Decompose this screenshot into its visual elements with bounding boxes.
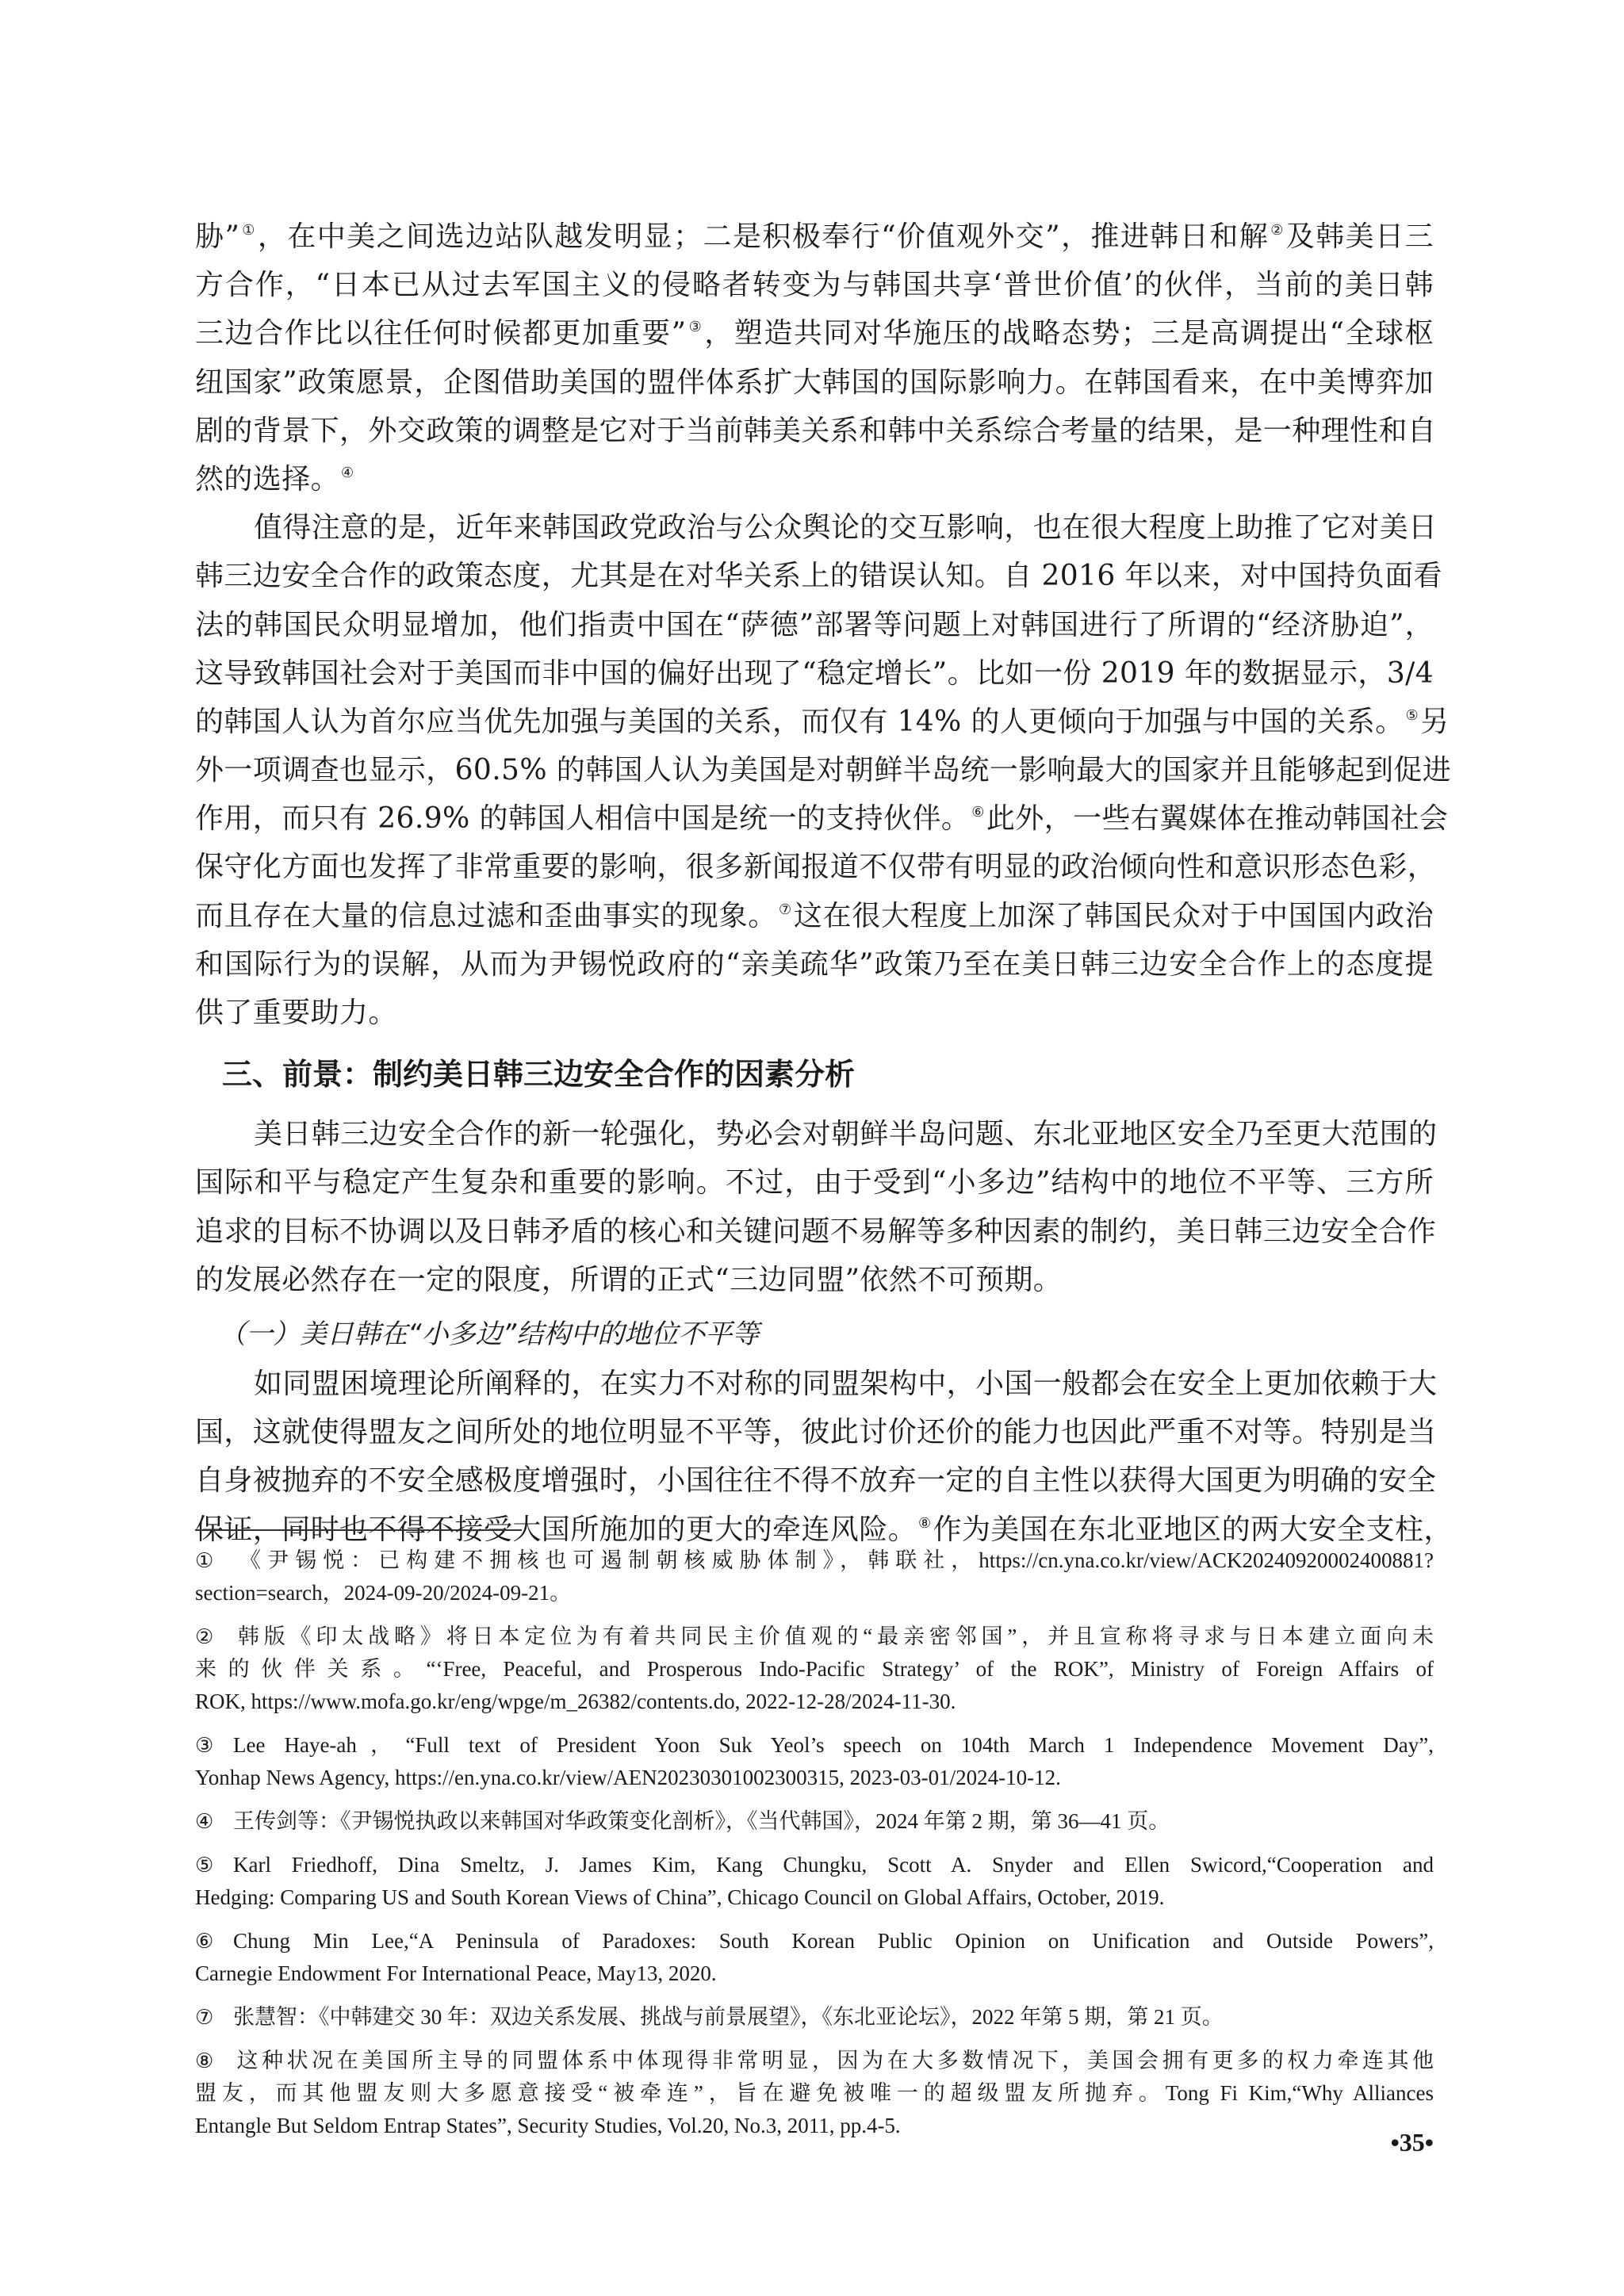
footnote-6: ⑥Chung Min Lee,“A Peninsula of Paradoxes… — [195, 1925, 1434, 1990]
text-line: 的发展必然存在一定的限度，所谓的正式“三边同盟”依然不可预期。 — [195, 1256, 1434, 1304]
page-number: •35• — [1370, 2128, 1434, 2157]
footnotes-section: ①《尹锡悦：已构建不拥核也可遏制朝核威胁体制》，韩联社，https://cn.y… — [195, 1544, 1434, 2153]
footnote-5: ⑤Karl Friedhoff, Dina Smeltz, J. James K… — [195, 1849, 1434, 1914]
text-line: 国际和平与稳定产生复杂和重要的影响。不过，由于受到“小多边”结构中的地位不平等、… — [195, 1158, 1434, 1207]
text-line: 作用，而只有 26.9% 的韩国人相信中国是统一的支持伙伴。⑥此外，一些右翼媒体… — [195, 794, 1434, 843]
text-line: 的韩国人认为首尔应当优先加强与美国的关系，而仅有 14% 的人更倾向于加强与中国… — [195, 698, 1434, 746]
footnote-divider — [195, 1529, 522, 1531]
text-line: 和国际行为的误解，从而为尹锡悦政府的“亲美疏华”政策乃至在美日韩三边安全合作上的… — [195, 940, 1434, 989]
footnote-number: ④ — [195, 1806, 233, 1839]
paragraph-2: 值得注意的是，近年来韩国政党政治与公众舆论的交互影响，也在很大程度上助推了它对美… — [195, 503, 1434, 1037]
section-heading: 三、前景：制约美日韩三边安全合作的因素分析 — [195, 1039, 1434, 1110]
text-line: 保守化方面也发挥了非常重要的影响，很多新闻报道不仅带有明显的政治倾向性和意识形态… — [195, 843, 1434, 891]
text-line: 供了重要助力。 — [195, 989, 1434, 1037]
footnote-ref-6[interactable]: ⑥ — [971, 804, 985, 821]
footnote-ref-2[interactable]: ② — [1270, 222, 1285, 239]
text-line: 然的选择。④ — [195, 455, 1434, 503]
text-line: 如同盟困境理论所阐释的，在实力不对称的同盟架构中，小国一般都会在安全上更加依赖于… — [195, 1360, 1434, 1408]
text-line: 胁”①，在中美之间选边站队越发明显；二是积极奉行“价值观外交”，推进韩日和解②及… — [195, 212, 1434, 261]
text-line: 三边合作比以往任何时候都更加重要”③，塑造共同对华施压的战略态势；三是高调提出“… — [195, 309, 1434, 358]
text-line: 法的韩国民众明显增加，他们指责中国在“萨德”部署等问题上对韩国进行了所谓的“经济… — [195, 601, 1434, 649]
text-line: 这导致韩国社会对于美国而非中国的偏好出现了“稳定增长”。比如一份 2019 年的… — [195, 649, 1434, 698]
footnote-number: ⑦ — [195, 2002, 233, 2034]
footnote-number: ① — [195, 1545, 233, 1578]
footnote-ref-5[interactable]: ⑤ — [1406, 707, 1419, 724]
text-line: 自身被抛弃的不安全感极度增强时，小国往往不得不放弃一定的自主性以获得大国更为明确… — [195, 1456, 1434, 1505]
paragraph-4: 如同盟困境理论所阐释的，在实力不对称的同盟架构中，小国一般都会在安全上更加依赖于… — [195, 1360, 1434, 1554]
main-text-column: 胁”①，在中美之间选边站队越发明显；二是积极奉行“价值观外交”，推进韩日和解②及… — [195, 212, 1434, 1554]
footnote-4: ④王传剑等：《尹锡悦执政以来韩国对华政策变化剖析》，《当代韩国》，2024 年第… — [195, 1805, 1434, 1838]
footnote-1: ①《尹锡悦：已构建不拥核也可遏制朝核威胁体制》，韩联社，https://cn.y… — [195, 1544, 1434, 1609]
text-line: 剧的背景下，外交政策的调整是它对于当前韩美关系和韩中关系综合考量的结果，是一种理… — [195, 407, 1434, 455]
footnote-ref-8[interactable]: ⑧ — [918, 1515, 932, 1532]
footnote-7: ⑦张慧智：《中韩建交 30 年：双边关系发展、挑战与前景展望》，《东北亚论坛》，… — [195, 2001, 1434, 2034]
footnote-8: ⑧这种状况在美国所主导的同盟体系中体现得非常明显，因为在大多数情况下，美国会拥有… — [195, 2045, 1434, 2142]
footnote-ref-4[interactable]: ④ — [341, 465, 354, 481]
footnote-number: ③ — [195, 1730, 233, 1762]
footnote-2: ②韩版《印太战略》将日本定位为有着共同民主价值观的“最亲密邻国”，并且宣称将寻求… — [195, 1621, 1434, 1718]
text-line: 外一项调查也显示，60.5% 的韩国人认为美国是对朝鲜半岛统一影响最大的国家并且… — [195, 746, 1434, 794]
footnote-ref-1[interactable]: ① — [241, 222, 256, 239]
text-line: 追求的目标不协调以及日韩矛盾的核心和关键问题不易解等多种因素的制约，美日韩三边安… — [195, 1207, 1434, 1256]
footnote-ref-7[interactable]: ⑦ — [779, 901, 792, 918]
text-line: 方合作，“日本已从过去军国主义的侵略者转变为与韩国共享‘普世价值’的伙伴，当前的… — [195, 261, 1434, 309]
footnote-3: ③Lee Haye-ah，“Full text of President Yoo… — [195, 1729, 1434, 1794]
footnote-number: ⑤ — [195, 1850, 233, 1882]
text-line: 美日韩三边安全合作的新一轮强化，势必会对朝鲜半岛问题、东北亚地区安全乃至更大范围… — [195, 1110, 1434, 1158]
subsection-heading: （一）美日韩在“小多边”结构中的地位不平等 — [195, 1309, 1434, 1360]
text-line: 值得注意的是，近年来韩国政党政治与公众舆论的交互影响，也在很大程度上助推了它对美… — [195, 503, 1434, 552]
footnote-number: ② — [195, 1621, 233, 1654]
footnote-number: ⑥ — [195, 1926, 233, 1958]
text-line: 纽国家”政策愿景，企图借助美国的盟伴体系扩大韩国的国际影响力。在韩国看来，在中美… — [195, 358, 1434, 407]
text-line: 而且存在大量的信息过滤和歪曲事实的现象。⑦这在很大程度上加深了韩国民众对于中国国… — [195, 892, 1434, 940]
paragraph-3: 美日韩三边安全合作的新一轮强化，势必会对朝鲜半岛问题、东北亚地区安全乃至更大范围… — [195, 1110, 1434, 1304]
footnote-number: ⑧ — [195, 2045, 233, 2078]
text-line: 韩三边安全合作的政策态度，尤其是在对华关系上的错误认知。自 2016 年以来，对… — [195, 552, 1434, 600]
footnote-ref-3[interactable]: ③ — [688, 319, 703, 335]
paragraph-1: 胁”①，在中美之间选边站队越发明显；二是积极奉行“价值观外交”，推进韩日和解②及… — [195, 212, 1434, 503]
text-line: 国，这就使得盟友之间所处的地位明显不平等，彼此讨价还价的能力也因此严重不对等。特… — [195, 1408, 1434, 1456]
